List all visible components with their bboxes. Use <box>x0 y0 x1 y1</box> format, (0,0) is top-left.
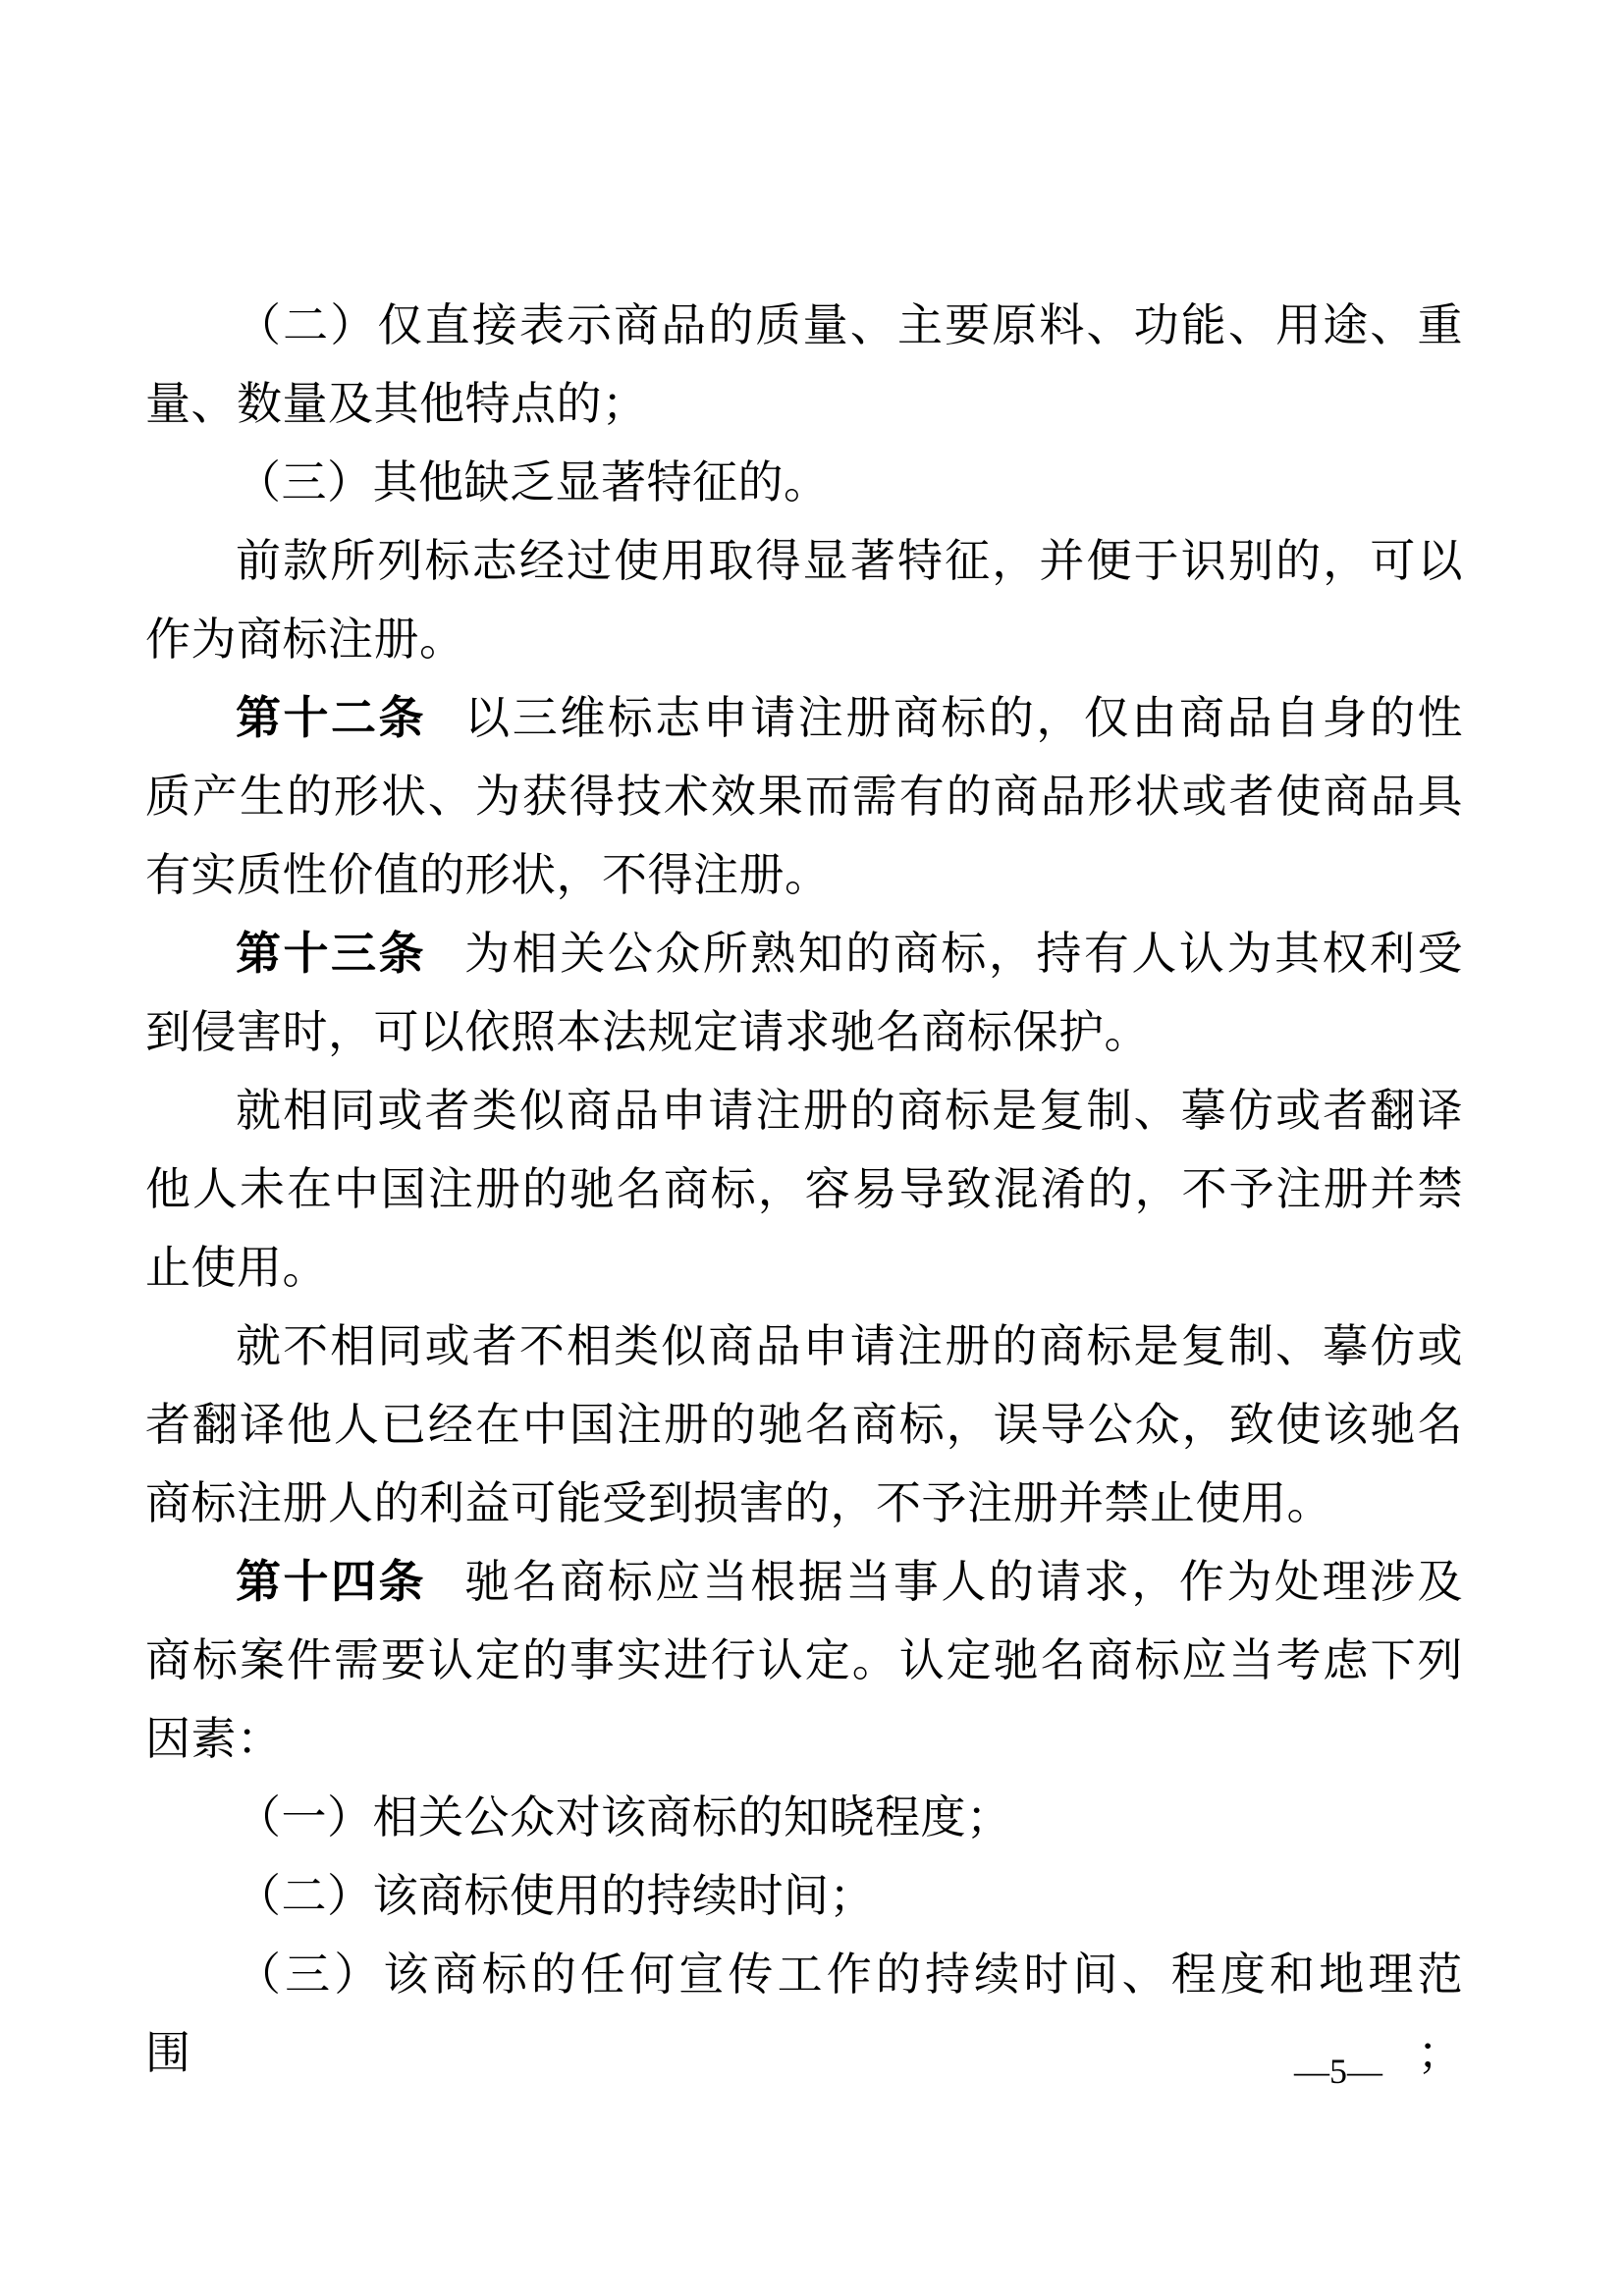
article-number: 第十四条 <box>236 1557 426 1607</box>
text-line: 就不相同或者不相类似商品申请注册的商标是复制、摹仿或 <box>145 1308 1463 1386</box>
text-line: （三）该商标的任何宣传工作的持续时间、程度和地理范围； <box>145 1936 1463 2014</box>
line-text: 以三维标志申请注册商标的，仅由商品自身的性 <box>464 693 1463 743</box>
line-text: 前款所列标志经过使用取得显著特征，并便于识别的，可以 <box>236 536 1463 586</box>
text-line: 量、数量及其他特点的； <box>145 365 1463 444</box>
text-line: 作为商标注册。 <box>145 601 1463 679</box>
line-text: 商标注册人的利益可能受到损害的，不予注册并禁止使用。 <box>145 1478 1332 1528</box>
text-line: 第十三条为相关公众所熟知的商标，持有人认为其权利受 <box>145 915 1463 993</box>
line-text: （三）该商标的任何宣传工作的持续时间、程度和地理范围； <box>145 1949 1463 2078</box>
text-line: 商标案件需要认定的事实进行认定。认定驰名商标应当考虑下列 <box>145 1622 1463 1700</box>
line-text: 商标案件需要认定的事实进行认定。认定驰名商标应当考虑下列 <box>145 1635 1463 1685</box>
text-line: 者翻译他人已经在中国注册的驰名商标，误导公众，致使该驰名 <box>145 1386 1463 1465</box>
line-text: （二）仅直接表示商品的质量、主要原料、功能、用途、重 <box>236 300 1463 350</box>
text-line: 有实质性价值的形状，不得注册。 <box>145 836 1463 915</box>
line-text: 者翻译他人已经在中国注册的驰名商标，误导公众，致使该驰名 <box>145 1400 1463 1450</box>
line-text: 就相同或者类似商品申请注册的商标是复制、摹仿或者翻译 <box>236 1086 1463 1136</box>
line-text: 止使用。 <box>145 1243 328 1293</box>
page-number: —5— <box>1294 2048 1382 2095</box>
text-line: （二）仅直接表示商品的质量、主要原料、功能、用途、重 <box>145 287 1463 365</box>
article-number: 第十二条 <box>236 693 426 743</box>
text-line: 第十四条驰名商标应当根据当事人的请求，作为处理涉及 <box>145 1543 1463 1622</box>
text-line: 因素： <box>145 1700 1463 1779</box>
text-line: 到侵害时，可以依照本法规定请求驰名商标保护。 <box>145 993 1463 1072</box>
line-text: 因素： <box>145 1714 283 1764</box>
line-text: 量、数量及其他特点的； <box>145 379 648 429</box>
text-line: 商标注册人的利益可能受到损害的，不予注册并禁止使用。 <box>145 1465 1463 1543</box>
text-line: （一）相关公众对该商标的知晓程度； <box>145 1779 1463 1857</box>
document-body: （二）仅直接表示商品的质量、主要原料、功能、用途、重量、数量及其他特点的；（三）… <box>145 287 1463 2014</box>
text-line: 他人未在中国注册的驰名商标，容易导致混淆的，不予注册并禁 <box>145 1150 1463 1229</box>
text-line: （二）该商标使用的持续时间； <box>145 1857 1463 1936</box>
line-text: 为相关公众所熟知的商标，持有人认为其权利受 <box>464 929 1463 979</box>
line-text: 质产生的形状、为获得技术效果而需有的商品形状或者使商品具 <box>145 772 1463 822</box>
document-page: （二）仅直接表示商品的质量、主要原料、功能、用途、重量、数量及其他特点的；（三）… <box>0 0 1624 2296</box>
text-line: 质产生的形状、为获得技术效果而需有的商品形状或者使商品具 <box>145 758 1463 836</box>
article-number: 第十三条 <box>236 929 426 979</box>
text-line: 止使用。 <box>145 1229 1463 1308</box>
line-text: 他人未在中国注册的驰名商标，容易导致混淆的，不予注册并禁 <box>145 1164 1463 1214</box>
text-line: 第十二条以三维标志申请注册商标的，仅由商品自身的性 <box>145 679 1463 758</box>
line-text: 作为商标注册。 <box>145 614 465 665</box>
line-text: 就不相同或者不相类似商品申请注册的商标是复制、摹仿或 <box>236 1321 1463 1371</box>
line-text: （一）相关公众对该商标的知晓程度； <box>236 1792 1012 1842</box>
line-text: （三）其他缺乏显著特征的。 <box>236 457 830 507</box>
line-text: 驰名商标应当根据当事人的请求，作为处理涉及 <box>464 1557 1463 1607</box>
text-line: （三）其他缺乏显著特征的。 <box>145 444 1463 522</box>
text-line: 前款所列标志经过使用取得显著特征，并便于识别的，可以 <box>145 522 1463 601</box>
line-text: 有实质性价值的形状，不得注册。 <box>145 850 831 900</box>
text-line: 就相同或者类似商品申请注册的商标是复制、摹仿或者翻译 <box>145 1072 1463 1150</box>
line-text: 到侵害时，可以依照本法规定请求驰名商标保护。 <box>145 1007 1150 1057</box>
line-text: （二）该商标使用的持续时间； <box>236 1871 875 1921</box>
